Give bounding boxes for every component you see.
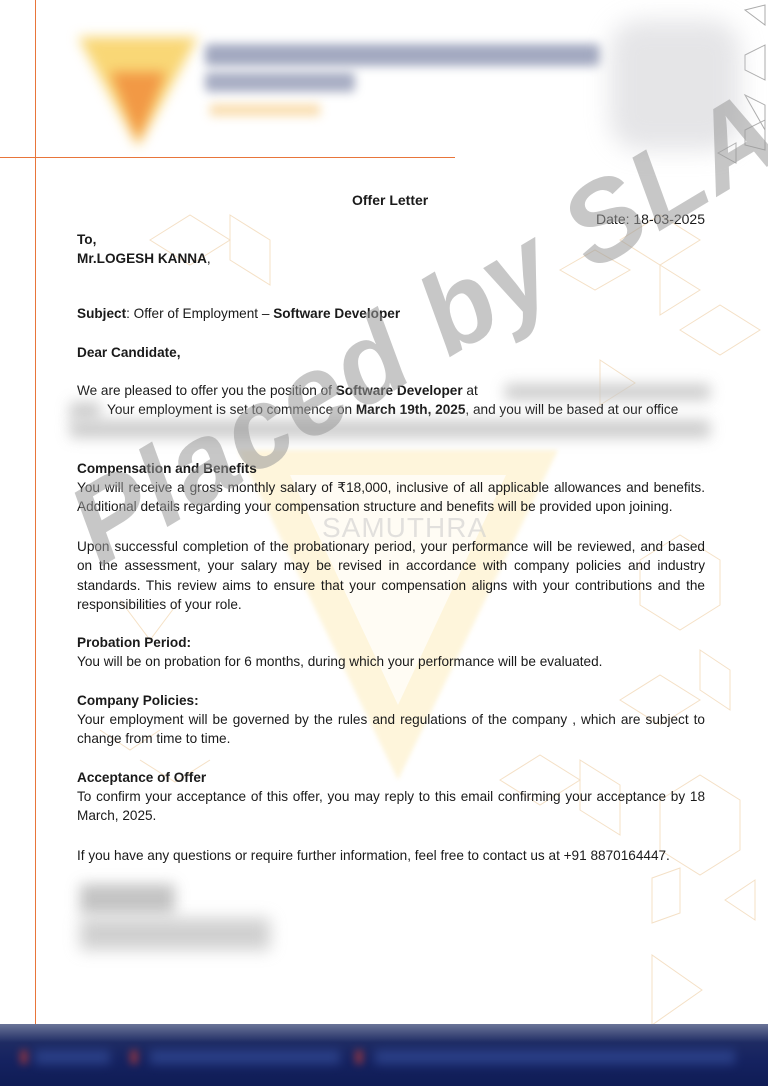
redaction-left bbox=[70, 402, 100, 420]
company-logo bbox=[68, 32, 208, 147]
recipient-name: Mr.LOGESH KANNA bbox=[77, 251, 207, 266]
commence-line: Your employment is set to commence on Ma… bbox=[107, 400, 707, 419]
subject-label: Subject bbox=[77, 306, 126, 321]
policies-paragraph: Your employment will be governed by the … bbox=[77, 710, 705, 749]
footer-icon bbox=[355, 1050, 363, 1064]
section-heading-policies: Company Policies: bbox=[77, 691, 705, 710]
company-name-redacted bbox=[205, 44, 600, 66]
footer-email-redacted bbox=[150, 1050, 340, 1064]
company-tagline-redacted bbox=[210, 104, 320, 116]
compensation-paragraph-1: You will receive a gross monthly salary … bbox=[77, 478, 705, 517]
to-label: To, bbox=[77, 230, 705, 249]
footer-address-redacted bbox=[375, 1050, 735, 1064]
offer-letter-page: Offer Letter Date: 18-03-2025 To, Mr.LOG… bbox=[0, 0, 768, 1086]
greeting: Dear Candidate, bbox=[77, 343, 705, 362]
section-heading-probation: Probation Period: bbox=[77, 633, 705, 652]
closing-paragraph: If you have any questions or require fur… bbox=[77, 846, 705, 865]
compensation-paragraph-2: Upon successful completion of the probat… bbox=[77, 537, 705, 615]
acceptance-paragraph: To confirm your acceptance of this offer… bbox=[77, 787, 705, 826]
letter-title: Offer Letter bbox=[352, 192, 428, 208]
company-name-redaction bbox=[505, 384, 710, 400]
subject-role: Software Developer bbox=[273, 306, 400, 321]
probation-paragraph: You will be on probation for 6 months, d… bbox=[77, 652, 705, 671]
emblem-redacted bbox=[610, 20, 740, 150]
header-divider-line bbox=[0, 157, 455, 158]
footer-icon bbox=[130, 1050, 138, 1064]
footer-icon bbox=[20, 1050, 28, 1064]
office-address-redaction bbox=[70, 420, 710, 438]
signatory-name-redacted bbox=[80, 884, 175, 914]
footer-contact-redacted bbox=[35, 1050, 110, 1064]
section-heading-compensation: Compensation and Benefits bbox=[77, 459, 705, 478]
signatory-title-redacted bbox=[80, 918, 270, 950]
section-heading-acceptance: Acceptance of Offer bbox=[77, 768, 705, 787]
margin-guide-line bbox=[35, 0, 36, 1025]
recipient-line: Mr.LOGESH KANNA, bbox=[77, 249, 705, 268]
letter-date: Date: 18-03-2025 bbox=[596, 211, 705, 227]
subject-line: Subject: Offer of Employment – Software … bbox=[77, 304, 705, 323]
company-name-line2-redacted bbox=[205, 72, 355, 92]
